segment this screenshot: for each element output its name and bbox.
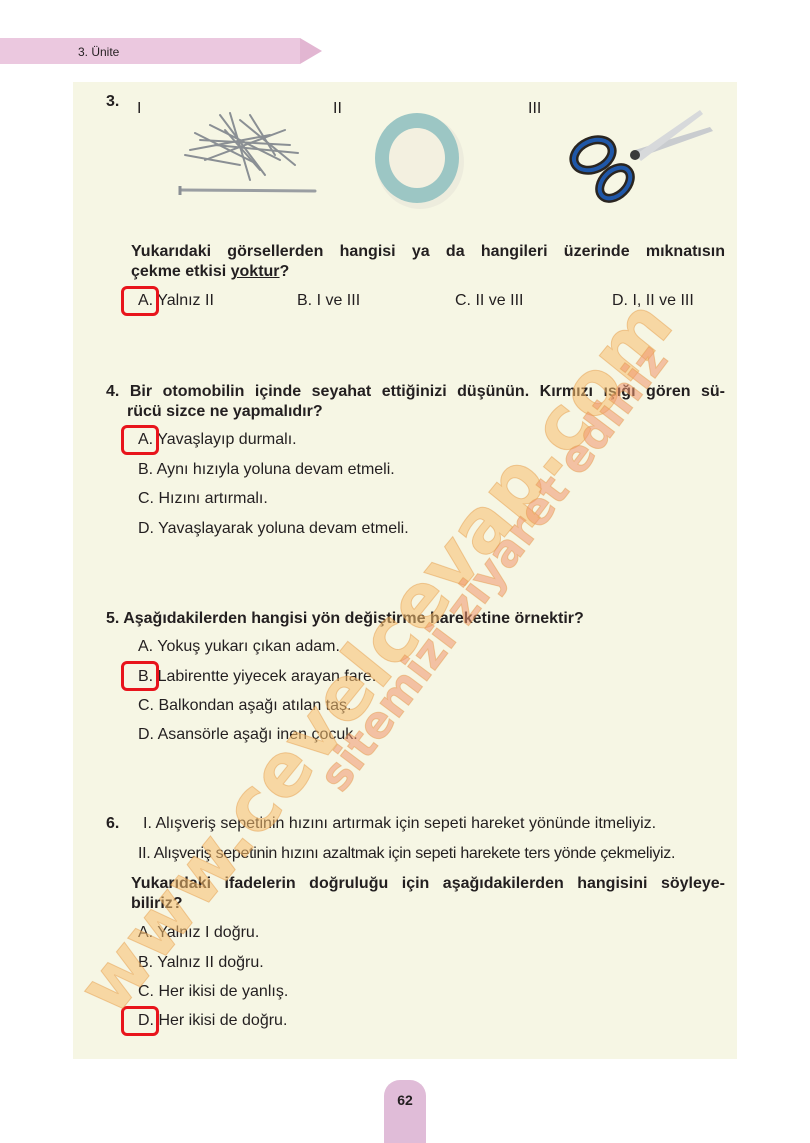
plate-image [373, 110, 465, 210]
option-c[interactable]: C. Balkondan aşağı atılan taş. [138, 697, 351, 715]
question-number: 5. [106, 610, 119, 627]
question-text-line2: rücü sizce ne yapmalıdır? [127, 402, 323, 422]
question-number: 6. [106, 815, 119, 833]
image-label-iii: III [528, 100, 541, 118]
option-d[interactable]: D. Her ikisi de doğru. [138, 1012, 287, 1030]
statement-i: I. Alışveriş sepetinin hızını artırmak i… [143, 815, 656, 833]
answer-mark [121, 425, 159, 455]
option-b[interactable]: B. I ve III [297, 292, 360, 310]
image-label-i: I [137, 100, 141, 118]
page-number: 62 [384, 1092, 426, 1108]
answer-mark [121, 1006, 159, 1036]
image-label-ii: II [333, 100, 342, 118]
question-number: 3. [106, 93, 119, 111]
statement-ii: II. Alışveriş sepetinin hızını azaltmak … [138, 845, 675, 863]
question-text-pre: çekme etkisi [131, 263, 231, 280]
question-text-line2: çekme etkisi yoktur? [131, 262, 289, 282]
option-a[interactable]: A. Yokuş yukarı çıkan adam. [138, 638, 340, 656]
option-b[interactable]: B. Aynı hızıyla yoluna devam etmeli. [138, 461, 395, 479]
question-text-line2: biliriz? [131, 894, 183, 914]
option-a[interactable]: A. Yalnız I doğru. [138, 924, 259, 942]
option-b[interactable]: B. Labirentte yiyecek arayan fare. [138, 668, 376, 686]
unit-label: 3. Ünite [78, 45, 119, 59]
option-c[interactable]: C. Hızını artırmalı. [138, 490, 268, 508]
option-b[interactable]: B. Yalnız II doğru. [138, 954, 264, 972]
option-d[interactable]: D. Asansörle aşağı inen çocuk. [138, 726, 358, 744]
option-d[interactable]: D. I, II ve III [612, 292, 694, 310]
unit-header-band [0, 38, 300, 64]
option-c[interactable]: C. II ve III [455, 292, 523, 310]
question-text: 5. Aşağıdakilerden hangisi yön değiştirm… [106, 609, 584, 629]
answer-mark [121, 661, 159, 691]
answer-mark [121, 286, 159, 316]
unit-header-arrow [300, 38, 322, 64]
scissors-image [565, 105, 715, 205]
emphasis-yoktur: yoktur [231, 263, 280, 280]
nails-image [170, 105, 320, 200]
question-text-line1: Bir otomobilin içinde seyahat ettiğinizi… [130, 383, 725, 400]
option-d[interactable]: D. Yavaşlayarak yoluna devam etmeli. [138, 520, 409, 538]
option-c[interactable]: C. Her ikisi de yanlış. [138, 983, 288, 1001]
page-number-tab [384, 1080, 426, 1143]
question-number: 4. [106, 383, 119, 400]
option-a[interactable]: A. Yavaşlayıp durmalı. [138, 431, 297, 449]
question-text: 4. Bir otomobilin içinde seyahat ettiğin… [106, 382, 725, 402]
question-text-line1: Aşağıdakilerden hangisi yön değiştirme h… [123, 610, 584, 627]
question-text-post: ? [280, 263, 290, 280]
question-text: Yukarıdaki ifadelerin doğruluğu için aşa… [131, 874, 725, 894]
question-text: Yukarıdaki görsellerden hangisi ya da ha… [131, 242, 725, 262]
